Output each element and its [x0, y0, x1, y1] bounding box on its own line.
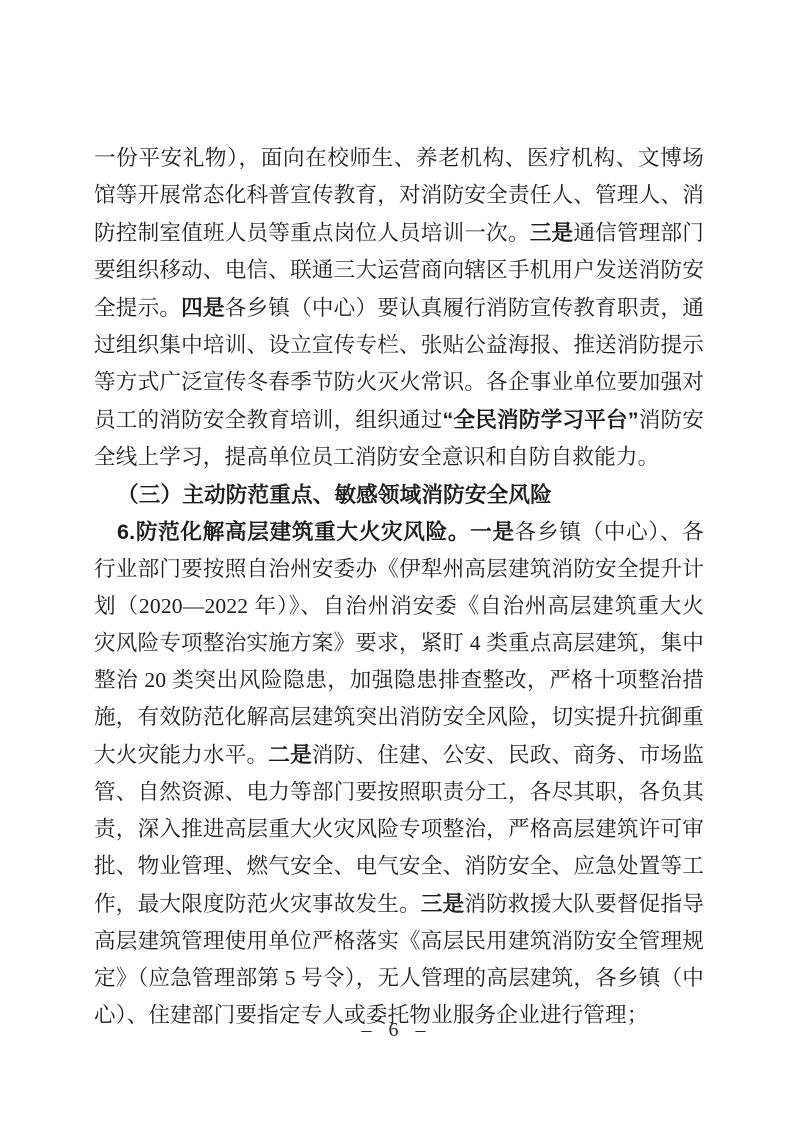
section-heading: （三）主动防范重点、敏感领域消防安全风险: [94, 476, 704, 513]
body-text-run: 消防、住建、公安、民政、商务、市场监管、自然资源、电力等部门要按照职责分工，各尽…: [94, 743, 704, 916]
paragraph-continuation: 一份平安礼物），面向在校师生、养老机构、医疗机构、文博场馆等开展常态化科普宣传教…: [94, 140, 704, 476]
page-number: – 6 –: [0, 1019, 793, 1042]
emphasis-run-platform-name: “全民消防学习平台”: [442, 407, 638, 432]
paragraph-item-6: 6.防范化解高层建筑重大火灾风险。一是各乡镇（中心）、各行业部门要按照自治州安委…: [94, 513, 704, 1034]
item-title-run: 6.防范化解高层建筑重大火灾风险。: [117, 519, 470, 544]
emphasis-run-yishi: 一是: [470, 519, 515, 544]
emphasis-run-sanshi: 三是: [530, 220, 574, 245]
page-body: 一份平安礼物），面向在校师生、养老机构、医疗机构、文博场馆等开展常态化科普宣传教…: [94, 140, 704, 1034]
body-text-run: 各乡镇（中心）、各行业部门要按照自治州安委办《伊犁州高层建筑消防安全提升计划（2…: [94, 520, 704, 767]
document-page: 一份平安礼物），面向在校师生、养老机构、医疗机构、文博场馆等开展常态化科普宣传教…: [0, 0, 793, 1122]
emphasis-run-sishi: 四是: [181, 295, 225, 320]
emphasis-run-sanshi: 三是: [421, 891, 465, 916]
emphasis-run-ershi: 二是: [268, 742, 312, 767]
